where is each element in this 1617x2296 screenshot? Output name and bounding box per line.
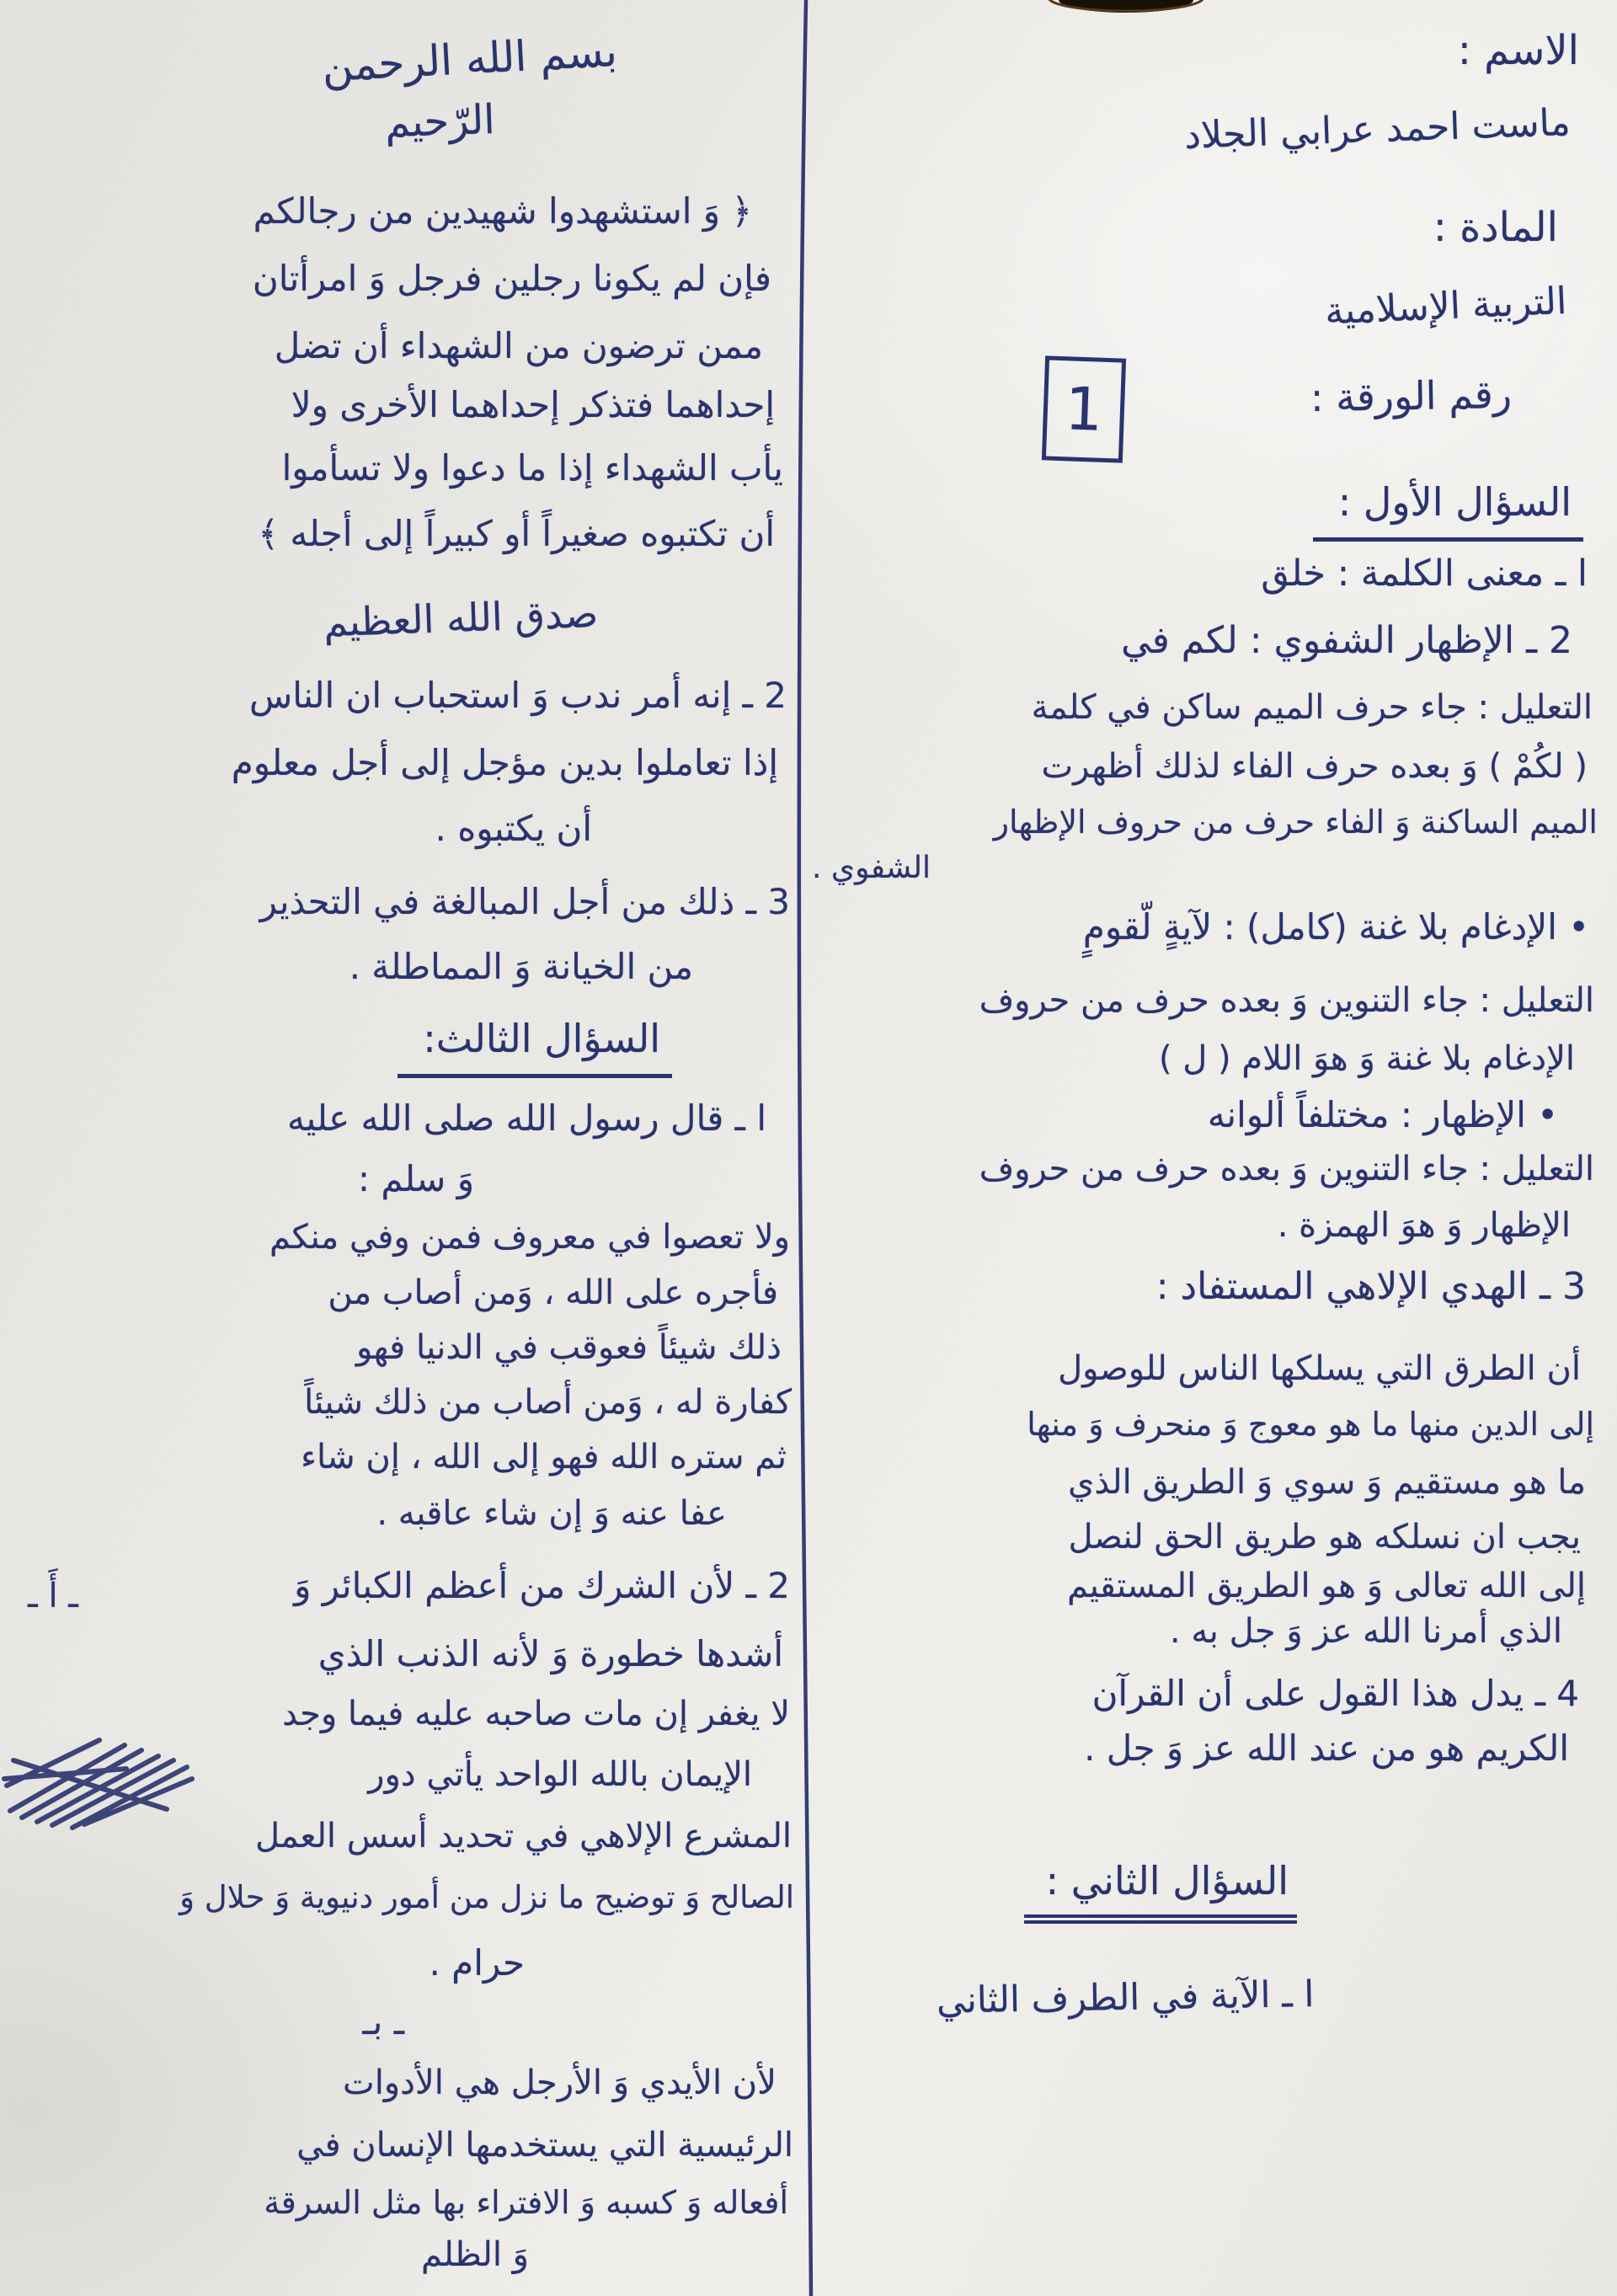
column-divider-line	[799, 0, 811, 2296]
q1-answer-3-line-1: أن الطرق التي يسلكها الناس للوصول	[1058, 1348, 1581, 1390]
q2-item-2-line-1: 2 ـ إنه أمر ندب وَ استحباب ان الناس	[249, 674, 787, 718]
basmala-line-1: بسم الله الرحمن	[321, 25, 618, 93]
q3-item-2-line-3: لا يغفر إن مات صاحبه عليه فيما وجد	[282, 1693, 790, 1735]
q1-answer-3-line-3: ما هو مستقيم وَ سوي وَ الطريق الذي	[1068, 1461, 1586, 1503]
q1-answer-3-heading: 3 ـ الهدي الإلاهي المستفاد :	[1156, 1263, 1586, 1310]
subject-value-line: التربية الإسلامية	[1324, 278, 1567, 334]
q1-answer-izhar: • الإظهار : مختلفاً ألوانه	[1208, 1093, 1558, 1138]
paper-number-label-line: رقم الورقة :	[1310, 371, 1513, 423]
q3-hadith-line-1: ولا تعصوا في معروف فمن وفي منكم	[269, 1216, 790, 1258]
q1-taleel-3-line-2: الإظهار وَ هوَ الهمزة .	[1278, 1204, 1571, 1247]
q3-hadith-line-5: ثم ستره الله فهو إلى الله ، إن شاء	[301, 1436, 787, 1478]
q2-item-3-line-1: 3 ـ ذلك من أجل المبالغة في التحذير	[260, 880, 790, 925]
q1-answer-3-line-6: الذي أمرنا الله عز وَ جل به .	[1170, 1610, 1562, 1653]
left-column: بسم الله الرحمنالرّحيم﴿ وَ استشهدوا شهيد…	[0, 0, 798, 2296]
basmala-line-2: الرّحيم	[384, 94, 496, 149]
q1-answer-idgham: • الإدغام بلا غنة (كامل) : لآيةٍ لّقومٍ	[1083, 905, 1589, 950]
q1-answer-3-line-4: يجب ان نسلكه هو طريق الحق لنصل	[1069, 1516, 1581, 1558]
q3-item-b-line-4: وَ الظلم	[421, 2234, 529, 2276]
q3-hadith-line-6: عفا عنه وَ إن شاء عاقبه .	[376, 1492, 727, 1535]
quran-verse-line-2: فإن لم يكونا رجلين فرجل وَ امرأتان	[253, 257, 771, 302]
q1-taleel-2-line-2: الإدغام بلا غنة وَ هوَ اللام ( ل )	[1159, 1038, 1575, 1080]
q1-taleel-1-line-1: التعليل : جاء حرف الميم ساكن في كلمة	[1032, 686, 1593, 729]
q1-answer-1: ا ـ معنى الكلمة : خلق	[1261, 552, 1588, 597]
sadaqa-allah-line: صدق الله العظيم	[323, 590, 599, 648]
q2-answer-1: ا ـ الآية في الطرف الثاني	[936, 1973, 1314, 2025]
quran-verse-line-6: أن تكتبوه صغيراً أو كبيراً إلى أجله ﴾	[258, 512, 775, 557]
question-1-heading: السؤال الأول :	[1313, 478, 1583, 542]
q3-item-2-line-6: الصالح وَ توضيح ما نزل من أمور دنيوية وَ…	[179, 1878, 794, 1917]
q3-hadith-intro-line-1: ا ـ قال رسول الله صلى الله عليه	[287, 1097, 766, 1141]
q1-answer-3-line-2: إلى الدين منها ما هو معوج وَ منحرف وَ من…	[1027, 1405, 1594, 1445]
q1-taleel-1-line-2: ( لكُمْ ) وَ بعده حرف الفاء لذلك أظهرت	[1041, 745, 1588, 788]
question-2-heading: السؤال الثاني :	[1024, 1857, 1297, 1924]
q1-answer-3-line-5: إلى الله تعالى وَ هو الطريق المستقيم	[1067, 1565, 1586, 1607]
item-b-marker: ـ بـ	[362, 2000, 404, 2045]
quran-verse-line-4: إحداهما فتذكر إحداهما الأخرى ولا	[291, 383, 775, 428]
exam-answer-sheet: الاسم :ماست احمد عرابي الجلادالمادة :الت…	[0, 0, 1617, 2296]
subject-label-line: المادة :	[1433, 202, 1558, 253]
q3-item-2-line-2: أشدها خطورة وَ لأنه الذنب الذي	[318, 1632, 783, 1677]
q3-item-2-line-5: المشرع الإلاهي في تحديد أسس العمل	[255, 1815, 792, 1857]
student-name-line: ماست احمد عرابي الجلاد	[1184, 99, 1572, 159]
q1-answer-4-line-1: 4 ـ يدل هذا القول على أن القرآن	[1092, 1672, 1579, 1717]
quran-verse-line-1: ﴿ وَ استشهدوا شهيدين من رجالكم	[253, 190, 752, 234]
q1-answer-4-line-2: الكريم هو من عند الله عز وَ جل .	[1084, 1727, 1569, 1771]
name-label-line: الاسم :	[1458, 25, 1579, 76]
q2-item-3-line-2: من الخيانة وَ المماطلة .	[350, 945, 693, 990]
right-column: الاسم :ماست احمد عرابي الجلادالمادة :الت…	[813, 0, 1604, 2296]
q1-taleel-3-line-1: التعليل : جاء التنوين وَ بعده حرف من حرو…	[979, 1148, 1594, 1190]
q1-taleel-2-line-1: التعليل : جاء التنوين وَ بعده حرف من حرو…	[979, 980, 1594, 1022]
q1-taleel-1-line-3: الميم الساكنة وَ الفاء حرف من حروف الإظه…	[994, 803, 1598, 843]
paper-number-box: 1	[1042, 355, 1126, 462]
q3-hadith-intro-line-2: وَ سلم :	[358, 1157, 474, 1202]
q3-item-2-line-1: 2 ـ لأن الشرك من أعظم الكبائر وَ	[294, 1564, 790, 1609]
quran-verse-line-5: يأب الشهداء إذا ما دعوا ولا تسأموا	[282, 446, 783, 491]
q3-item-2-line-4: الإيمان بالله الواحد يأتي دور	[368, 1754, 752, 1796]
q3-item-b-line-1: لأن الأيدي وَ الأرجل هي الأدوات	[343, 2062, 776, 2104]
q2-item-2-line-3: أن يكتبوه .	[435, 807, 593, 852]
q2-item-2-line-2: إذا تعاملوا بدين مؤجل إلى أجل معلوم	[232, 741, 778, 786]
q3-hadith-line-4: كفارة له ، وَمن أصاب من ذلك شيئاً	[304, 1381, 792, 1423]
q3-item-b-line-2: الرئيسية التي يستخدمها الإنسان في	[296, 2124, 793, 2166]
q1-answer-2-izhar-shafawi: 2 ـ الإظهار الشفوي : لكم في	[1121, 617, 1572, 664]
margin-mark-alef: ـ أَ ـ	[28, 1575, 78, 1617]
q3-hadith-line-3: ذلك شيئاً فعوقب في الدنيا فهو	[356, 1327, 782, 1369]
quran-verse-line-3: ممن ترضون من الشهداء أن تضل	[275, 324, 763, 369]
q1-taleel-1-line-4: الشفوي .	[812, 849, 931, 887]
q3-item-2-line-7: حرام .	[429, 1941, 525, 1986]
q3-hadith-line-2: فأجره على الله ، وَمن أصاب من	[328, 1272, 778, 1314]
q3-item-b-line-3: أفعاله وَ كسبه وَ الافتراء بها مثل السرق…	[264, 2183, 788, 2224]
question-3-heading: السؤال الثالث:	[398, 1015, 672, 1078]
